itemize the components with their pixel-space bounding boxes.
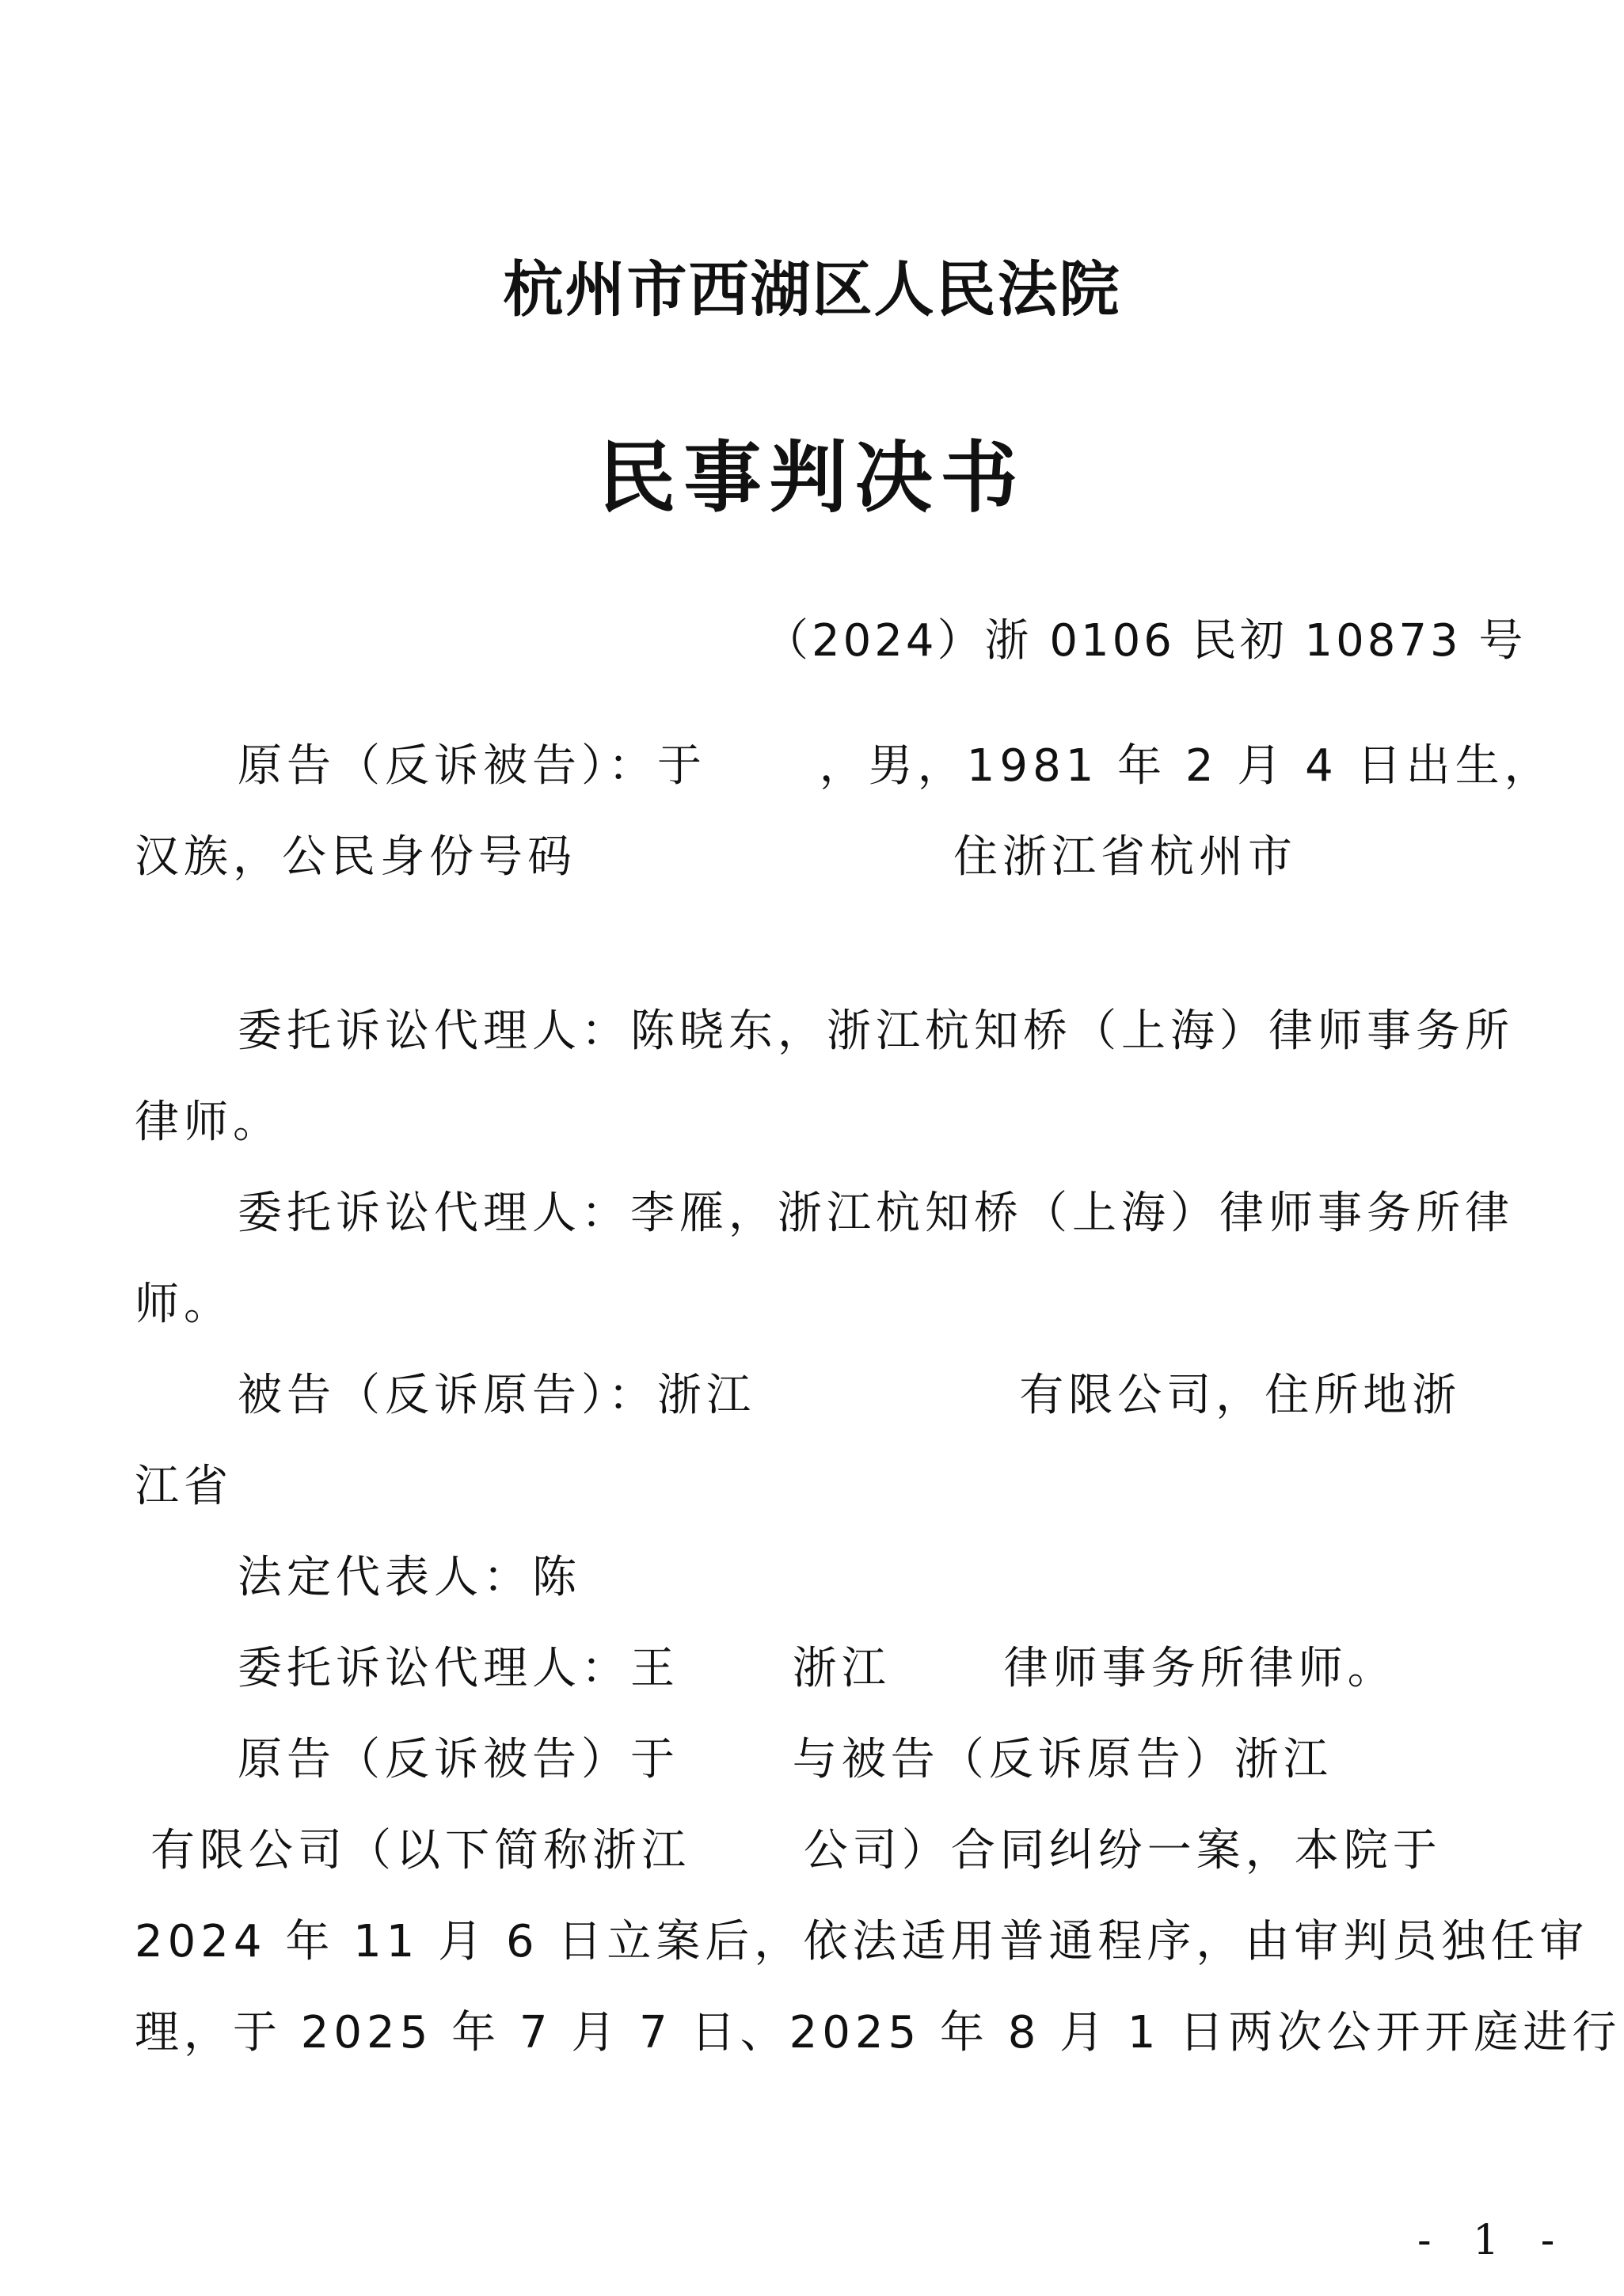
body-line: 汉族，公民身份号码 住浙江省杭州市	[135, 835, 1297, 880]
body-line: 原告（反诉被告）：于 ，男，1981 年 2 月 4 日出生，	[238, 744, 1554, 789]
body-line: 2024 年 11 月 6 日立案后，依法适用普通程序，由审判员独任审	[135, 1920, 1588, 1964]
body-line: 原告（反诉被告）于 与被告（反诉原告）浙江	[238, 1738, 1333, 1782]
document-title: 民事判决书	[0, 416, 1624, 527]
body-line: 委托诉讼代理人：陈晓东，浙江杭知桥（上海）律师事务所	[238, 1009, 1514, 1054]
body-line: 律师。	[135, 1100, 282, 1145]
body-line: 江省	[135, 1465, 233, 1509]
body-line: 被告（反诉原告）：浙江 有限公司，住所地浙	[238, 1374, 1461, 1418]
body-line: 委托诉讼代理人：李雁，浙江杭知桥（上海）律师事务所律	[238, 1192, 1514, 1236]
body-line: 委托诉讼代理人：王 浙江 律师事务所律师。	[238, 1647, 1397, 1691]
body-line: 理，于 2025 年 7 月 7 日、2025 年 8 月 1 日两次公开开庭进…	[135, 2011, 1624, 2055]
case-number: （2024）浙 0106 民初 10873 号	[764, 606, 1526, 669]
body-line: 有限公司（以下简称浙江 公司）合同纠纷一案，本院于	[150, 1829, 1442, 1873]
body-line: 法定代表人：陈	[238, 1556, 581, 1600]
court-name: 杭州市西湖区人民法院	[0, 241, 1624, 328]
body-line: 师。	[135, 1283, 233, 1327]
page-number: - 1 -	[1417, 2217, 1569, 2264]
